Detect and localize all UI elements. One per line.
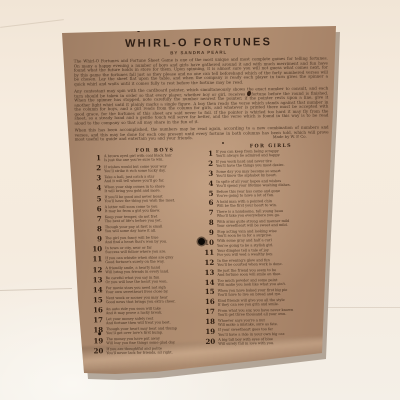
fortune-number: 20 xyxy=(88,347,106,355)
fortune-number: 15 xyxy=(88,296,106,304)
fortune-number: 12 xyxy=(87,266,105,274)
fortune-verse: Though your heart may beat and thumpYou'… xyxy=(106,326,177,335)
fortune-verse: Though your pay at first is smallYou wil… xyxy=(105,224,163,233)
fortune-number: 1 xyxy=(86,154,104,162)
fortune-number: 3 xyxy=(198,170,216,178)
intro-paragraph: Any contestant may spin with the cardboa… xyxy=(74,87,328,126)
fortune-number: 9 xyxy=(199,229,217,237)
intro-paragraph: The Whirl-O Fortunes and Fortune Sheet G… xyxy=(74,56,328,86)
printed-content: WHIRL-O FORTUNES BY SANDRA PEARL The Whi… xyxy=(0,0,400,400)
fortune-verse: Kind friends will give you all the style… xyxy=(218,297,285,306)
fortune-verse: Keep your temper, do not fretThe best of… xyxy=(105,214,162,223)
fortune-number: 17 xyxy=(88,316,106,324)
fortune-verse: Your dimples tell a tale of joyFor you w… xyxy=(217,248,273,257)
fortune-verse: A big tall boy with eyes of blueWill sur… xyxy=(218,337,274,346)
fortune-verse: With some gray and half a curlYou're goi… xyxy=(217,238,273,247)
stain-spot xyxy=(222,142,224,144)
fortune-item: 20A big tall boy with eyes of blueWill s… xyxy=(200,336,318,347)
fortune-verse: For movie stars you need not sighYour ow… xyxy=(106,285,169,294)
photograph: WHIRL-O FORTUNES BY SANDRA PEARL The Whi… xyxy=(0,0,400,400)
fortune-number: 9 xyxy=(87,235,105,243)
fortune-verse: Before this year has come and goneYou're… xyxy=(216,189,280,198)
fortune-verse: A letter will soon come to youIt may be … xyxy=(105,204,160,213)
background-seam-line xyxy=(328,307,400,308)
fortune-verse: There is a handsome, tall young beauWho'… xyxy=(217,208,284,217)
fortune-number: 12 xyxy=(199,259,217,267)
fortune-verse: If your sweetheart goes too farYou'll ha… xyxy=(218,327,285,336)
fortune-number: 17 xyxy=(200,308,218,316)
fortune-number: 14 xyxy=(199,278,217,286)
fortune-verse: If you can whistle when skies are grayGo… xyxy=(105,255,173,264)
fortune-number: 8 xyxy=(199,219,217,227)
fortune-number: 20 xyxy=(200,338,218,346)
fortune-verse: Be careful what you say in funOr you wil… xyxy=(105,275,167,284)
fortune-number: 10 xyxy=(87,245,105,253)
fortune-verse: The girl you fancy will be trueAnd find … xyxy=(105,235,167,244)
fortune-verse: When you have baked your first big pieYo… xyxy=(218,287,288,296)
fortune-number: 13 xyxy=(87,276,105,284)
fortune-number: 2 xyxy=(198,160,216,168)
pencil-dot-mark xyxy=(98,332,101,335)
fortune-number: 11 xyxy=(87,256,105,264)
fortune-verse: From what you say, you have never knownY… xyxy=(218,307,294,316)
fortune-number: 13 xyxy=(199,268,217,276)
fortune-verse: A bald man with a pointed chinWill be th… xyxy=(216,199,277,208)
fortune-verse: The money you have put awayWill buy you … xyxy=(106,336,175,345)
fortune-verse: Let your money safely restAnd fortune th… xyxy=(106,316,171,325)
fortune-verse: If wishes would but come your wayYou'll … xyxy=(104,164,167,173)
fortune-number: 6 xyxy=(198,199,216,207)
fortune-item: 20If you are thoughtful and politeYou'll… xyxy=(88,346,206,358)
fortune-verse: Stop acting vain and looking wiseYou'll … xyxy=(217,228,277,237)
fortune-verse: In town or city, near or farSuccess will… xyxy=(105,245,166,254)
girls-fortune-list: 1If you can keep from being scrappyYou'l… xyxy=(198,149,318,348)
fortune-verse: A brown eyed girl with coal black hairIs… xyxy=(104,153,172,162)
fortune-verse: In the evening's glow and funYou'll be c… xyxy=(217,258,283,267)
fortune-verse: A friendly smile, a hearty handWill brin… xyxy=(105,265,169,274)
fortune-number: 15 xyxy=(200,288,218,296)
background-seam-line xyxy=(0,288,72,291)
fortune-verse: An auto ride you soon will takeAnd it ma… xyxy=(106,306,163,315)
fortune-verse: If you are thoughtful and politeYou'll n… xyxy=(106,346,172,355)
fortune-number: 5 xyxy=(198,189,216,197)
fortune-number: 4 xyxy=(86,185,104,193)
fortune-verse: In spite of all your hopes and wishesYou… xyxy=(216,179,291,188)
fortune-verse: When your ship comes in to shoreIt will … xyxy=(104,184,164,193)
fortune-number: 18 xyxy=(200,318,218,326)
fortune-number: 11 xyxy=(199,249,217,257)
fortune-number: 16 xyxy=(88,306,106,314)
fortune-number: 7 xyxy=(199,209,217,217)
fortune-number: 16 xyxy=(200,298,218,306)
fortune-verse: Too much powder and some paintWill make … xyxy=(217,278,286,287)
fortune-number: 5 xyxy=(86,195,104,203)
boys-fortune-list: 1A brown eyed girl with coal black hairI… xyxy=(86,153,206,357)
background-seam-line xyxy=(0,19,64,28)
fortune-verse: If you can keep from being scrappyYou'll… xyxy=(216,149,280,158)
fortune-verse: Some day you may become so smartYou'll k… xyxy=(216,169,281,178)
fortune-number: 14 xyxy=(88,286,106,294)
fortune-number: 3 xyxy=(86,174,104,182)
paper-sheet: WHIRL-O FORTUNES BY SANDRA PEARL The Whi… xyxy=(0,0,400,400)
fortune-verse: Take a ball, just catch a starAnd it wil… xyxy=(104,174,164,183)
fortune-verse: Next week or sooner you may hearGood new… xyxy=(106,295,176,304)
fortune-verse: If you work hard and never tireYou'll ha… xyxy=(216,159,285,168)
fortune-number: 2 xyxy=(86,164,104,172)
fortune-number: 18 xyxy=(88,327,106,335)
fortune-number: 19 xyxy=(200,328,218,336)
fortune-number: 7 xyxy=(87,215,105,223)
fortune-number: 1 xyxy=(198,150,216,158)
intro-paragraphs: The Whirl-O Fortunes and Fortune Sheet G… xyxy=(74,56,329,145)
fortune-verse: With arms quite strong and manner mildYo… xyxy=(217,218,290,227)
spinner-hole xyxy=(198,238,205,245)
fortune-number: 6 xyxy=(87,205,105,213)
fortune-number: 19 xyxy=(88,337,106,345)
fortune-verse: Whoever says you're a nutWill make a mis… xyxy=(218,317,278,326)
fortune-number: 8 xyxy=(87,225,105,233)
fortune-number: 4 xyxy=(198,179,216,187)
stain-spot xyxy=(137,29,140,32)
fortune-verse: Be just the friend you seem to beAnd for… xyxy=(217,268,281,277)
fortune-verse: If you'll be good and never boastYou'll … xyxy=(104,194,175,203)
